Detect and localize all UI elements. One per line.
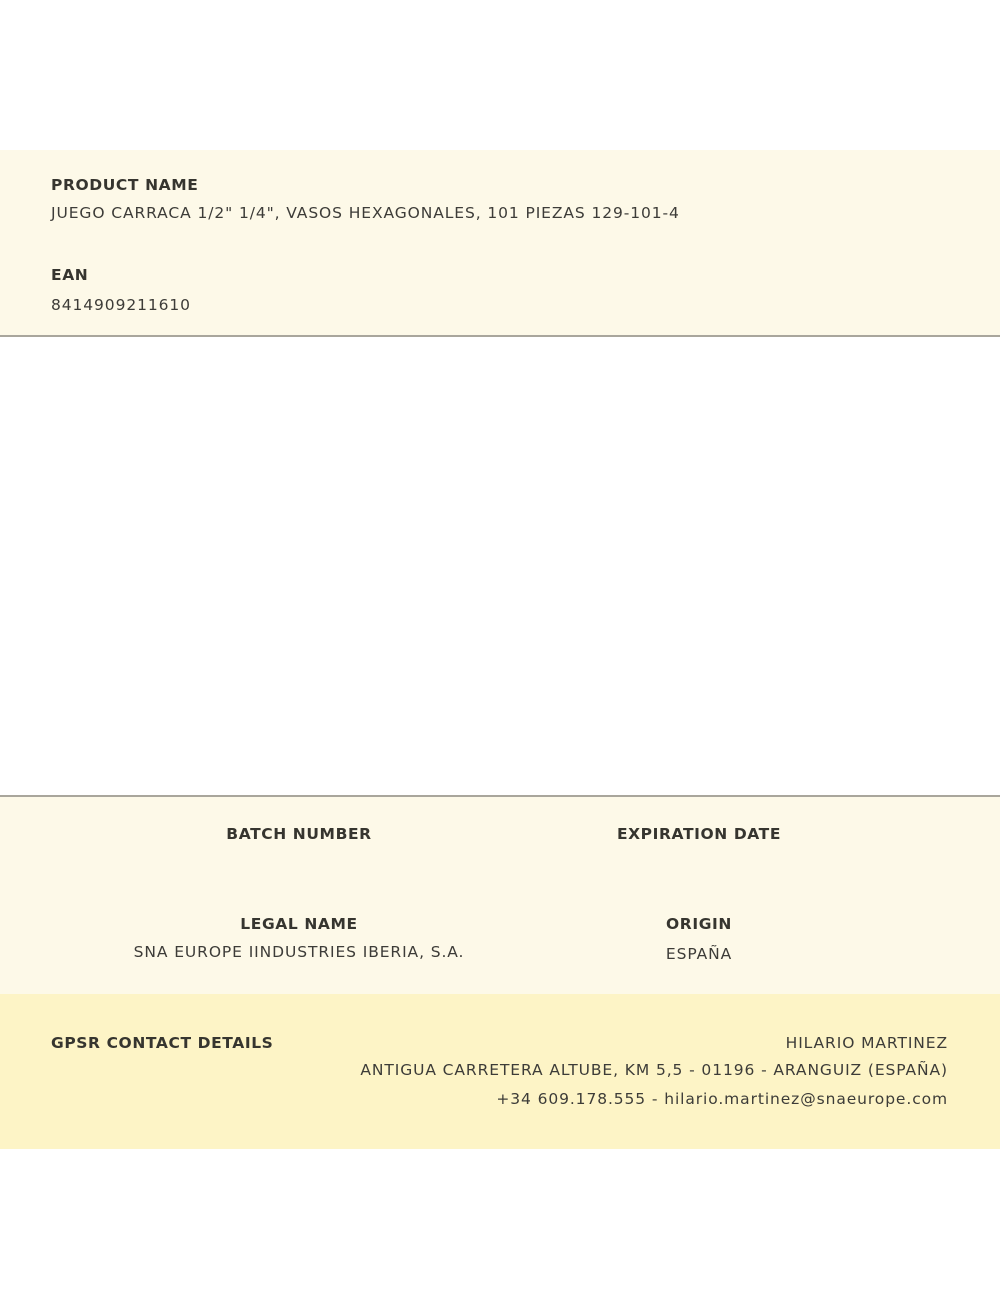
ean-label: EAN xyxy=(51,266,88,284)
ean-value: 8414909211610 xyxy=(51,296,191,314)
legal-name-value: SNA EUROPE IINDUSTRIES IBERIA, S.A. xyxy=(134,943,465,961)
product-name-label: PRODUCT NAME xyxy=(51,176,198,194)
origin-value: ESPAÑA xyxy=(666,945,732,963)
product-info-section: PRODUCT NAME JUEGO CARRACA 1/2" 1/4", VA… xyxy=(0,150,1000,337)
contact-phone-email: +34 609.178.555 - hilario.martinez@snaeu… xyxy=(496,1090,948,1108)
contact-name: HILARIO MARTINEZ xyxy=(786,1034,948,1052)
batch-number-label: BATCH NUMBER xyxy=(226,825,371,843)
product-name-value: JUEGO CARRACA 1/2" 1/4", VASOS HEXAGONAL… xyxy=(51,204,680,222)
origin-label: ORIGIN xyxy=(666,915,732,933)
batch-details-section: BATCH NUMBER EXPIRATION DATE LEGAL NAME … xyxy=(0,795,1000,996)
legal-name-label: LEGAL NAME xyxy=(240,915,357,933)
gpsr-contact-label: GPSR CONTACT DETAILS xyxy=(51,1034,273,1052)
gpsr-contact-section: GPSR CONTACT DETAILS HILARIO MARTINEZ AN… xyxy=(0,994,1000,1149)
expiration-date-label: EXPIRATION DATE xyxy=(617,825,781,843)
contact-address: ANTIGUA CARRETERA ALTUBE, KM 5,5 - 01196… xyxy=(360,1061,948,1079)
